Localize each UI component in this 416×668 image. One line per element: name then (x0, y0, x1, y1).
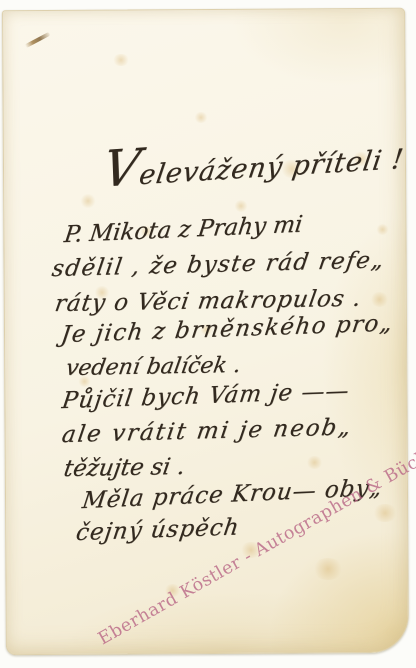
foxing-spot (376, 224, 389, 235)
foxing-spot (112, 54, 130, 66)
handwriting-line: těžujte si . (62, 454, 187, 482)
foxing-spot (80, 194, 96, 208)
foxing-spot (234, 200, 248, 212)
foxing-spot (370, 292, 389, 307)
foxing-spot (312, 558, 344, 580)
letter-scan-photo: Velevážený příteli ! P. Mikota z Prahy m… (0, 0, 416, 668)
foxing-spot (306, 456, 323, 469)
foxing-spot (372, 504, 398, 522)
foxing-spot (194, 112, 208, 123)
handwriting-line: vedení balíček . (64, 353, 243, 381)
